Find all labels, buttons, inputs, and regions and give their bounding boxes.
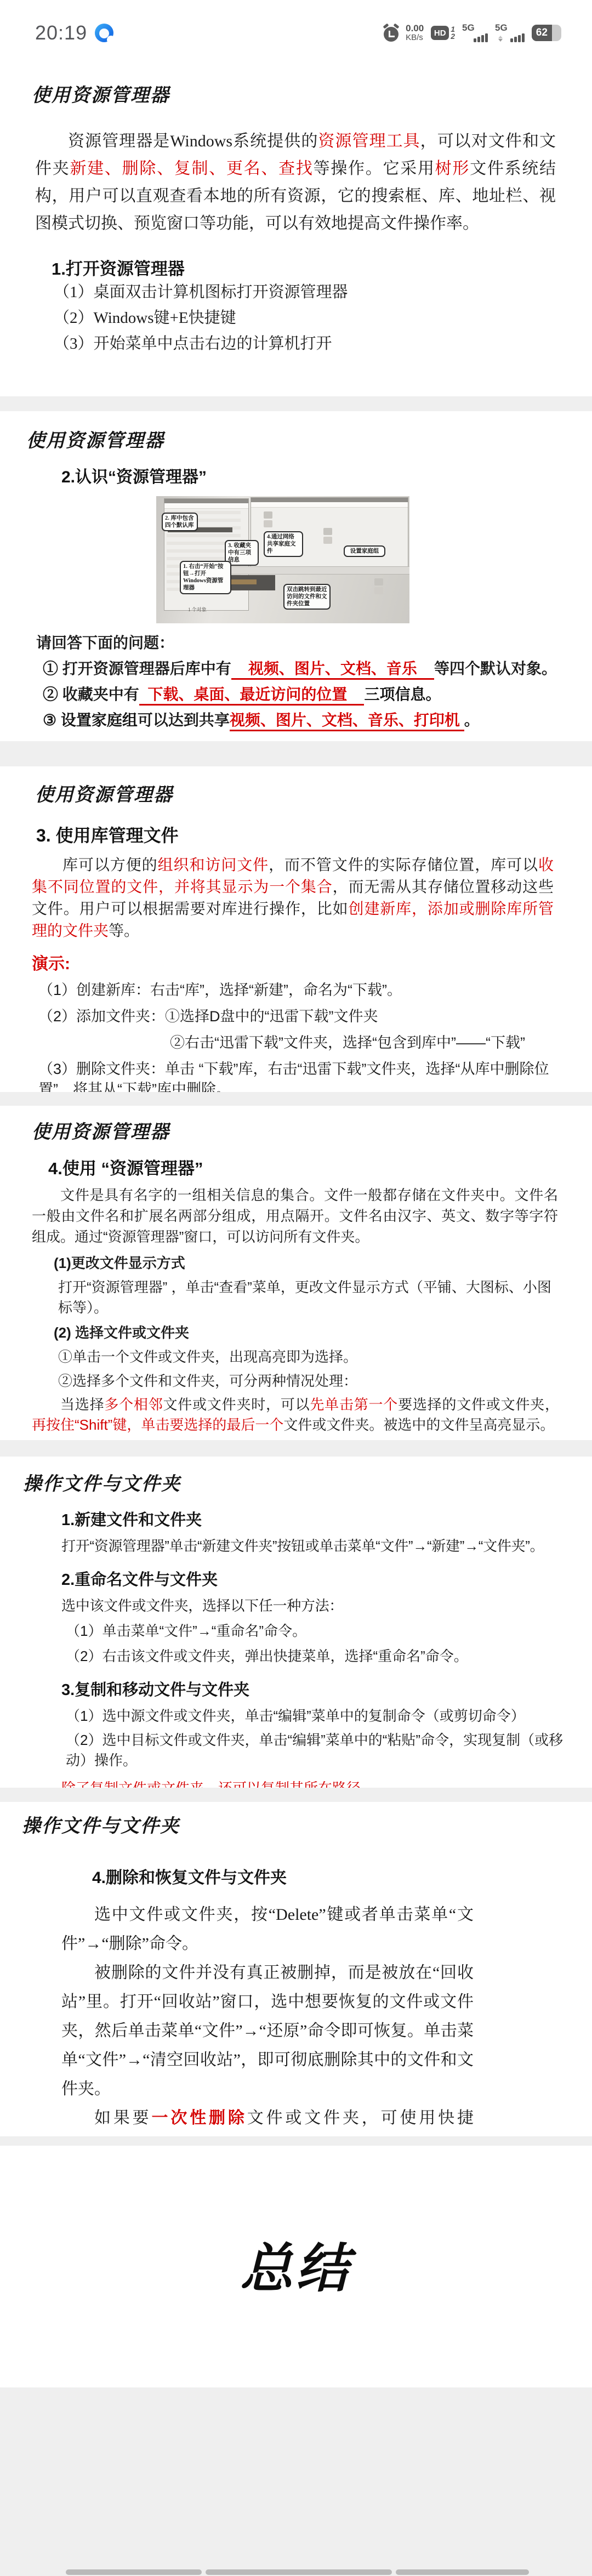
body-paragraph: 当选择多个相邻文件或文件夹时，可以先单击第一个要选择的文件或文件夹，再按住“Sh… <box>32 1395 559 1435</box>
file-icon-mock <box>323 528 332 535</box>
photo-callout: 1. 右击“开始”按钮→打开Windows资源管理器 <box>180 561 231 594</box>
text-segment: 当选择 <box>60 1396 104 1413</box>
section-heading: 2.重命名文件与文件夹 <box>61 1567 560 1590</box>
text-segment: 新建、删除、复制、更名、查找 <box>70 160 313 178</box>
slide-gap <box>0 2136 592 2146</box>
text-segment: 可以达到共享 <box>138 712 230 729</box>
status-bar-left: 20:19 <box>35 21 113 44</box>
battery-icon: 62 <box>532 25 561 41</box>
slide-using-explorer-files: 使用资源管理器 4.使用 “资源管理器” 文件是具有名字的一组相关信息的集合。文… <box>0 1106 592 1440</box>
signal-sim1-icon: 5G <box>462 22 488 43</box>
question-intro: 请回答下面的问题： <box>36 631 592 653</box>
body-paragraph: 选中文件或文件夹，按“Delete”键或者单击菜单“文件”→“删除”命令。 <box>61 1900 474 1958</box>
alarm-clock-icon <box>384 27 399 42</box>
sub-heading: (2) 选择文件或文件夹 <box>54 1322 559 1342</box>
text-segment: 资源管理器是Windows系统提供的 <box>68 132 318 150</box>
text-segment: 等操作。它采用 <box>314 160 435 178</box>
quark-browser-icon <box>95 24 113 42</box>
text-segment: 组织和访问文件 <box>158 857 269 874</box>
network-type-sim2: 5G <box>495 22 508 33</box>
text-segment: 先单击第一个 <box>310 1396 398 1413</box>
body-block: 选中文件或文件夹，按“Delete”键或者单击菜单“文件”→“删除”命令。 被删… <box>61 1900 474 2136</box>
sim-slot-labels: 1 2 <box>451 26 455 40</box>
text-segment: 三项信息。 <box>364 686 441 703</box>
text-segment: 树形 <box>435 160 470 178</box>
page-thumbnail-bar[interactable] <box>396 2569 529 2575</box>
slide-title: 使用资源管理器 <box>35 780 557 806</box>
list-item: （1）桌面双击计算机图标打开资源管理器 <box>54 280 557 305</box>
list-item: （2）Windows键+E快捷键 <box>54 305 557 331</box>
text-segment: ② 收藏夹中有 <box>43 686 139 703</box>
sim2-label: 2 <box>451 33 455 40</box>
slide-title: 操作文件与文件夹 <box>23 1469 560 1495</box>
photo-callout: 设置家庭组 <box>344 545 385 557</box>
question-line: ① 打开资源管理器后库中有 视频、图片、文档、音乐 等四个默认对象。 <box>43 659 592 679</box>
photo-statusbar-text: 1 个对象 <box>188 606 207 613</box>
signal-bars-icon <box>474 33 488 42</box>
text-segment: 视频、图片、文档、音乐、打印机 <box>230 712 464 731</box>
toolbar-band-mock <box>206 566 409 575</box>
hd-voice-indicator: HD 1 2 <box>431 26 455 40</box>
signal-sim2-icon: 5G <box>495 22 525 43</box>
section-heading: 1.打开资源管理器 <box>52 255 557 280</box>
slide-know-explorer: 使用资源管理器 2.认识“资源管理器” 2. 库中包含四个默认库 3. 收藏夹中… <box>0 411 592 741</box>
section-heading: 4.使用 “资源管理器” <box>48 1155 559 1179</box>
slide-gap <box>0 1788 592 1802</box>
slide-library-management: 使用资源管理器 3. 使用库管理文件 库可以方便的组织和访问文件，而不管文件的实… <box>0 766 592 1092</box>
status-bar: 20:19 0.00 KB/s HD 1 2 5G 5G <box>0 0 592 66</box>
list-item: （2）添加文件夹：①选择D盘中的“迅雷下载”文件夹 <box>38 1006 557 1027</box>
body-paragraph: 当选择多个不相邻的文件或文件夹时，可以先单击要选择的任意一个文件或文件夹，再按住… <box>32 1440 559 1440</box>
list-item: （1）创建新库：右击“库”，选择“新建”，命名为“下载”。 <box>38 980 557 1000</box>
slide-title: 使用资源管理器 <box>26 425 592 452</box>
text-segment: 多个相邻 <box>104 1396 163 1413</box>
body-line: ②选择多个文件和文件夹，可分两种情况处理： <box>58 1370 559 1390</box>
slide-title: 使用资源管理器 <box>32 1117 559 1144</box>
slide-using-explorer-intro: 使用资源管理器 资源管理器是Windows系统提供的资源管理工具，可以对文件和文… <box>0 66 592 396</box>
photo-callout: 2. 库中包含四个默认库 <box>162 513 198 531</box>
window-menubar-mock <box>251 502 408 508</box>
text-segment: 视频、图片、文档、音乐 <box>231 660 434 680</box>
network-speed-unit: KB/s <box>406 33 423 42</box>
slide-file-operations-2: 操作文件与文件夹 4.删除和恢复文件与文件夹 选中文件或文件夹，按“Delete… <box>0 1802 592 2136</box>
text-segment: 下载、桌面、最近访问的位置 <box>139 686 365 706</box>
battery-percent: 62 <box>532 25 552 41</box>
section-heading: 1.新建文件和文件夹 <box>61 1508 560 1530</box>
text-segment: 资源管理工具 <box>318 132 420 150</box>
section-heading: 4.删除和恢复文件与文件夹 <box>92 1864 592 1888</box>
text-segment: ，而不管文件的实际存储位置，库可以 <box>269 857 538 874</box>
body-paragraph: 库可以方便的组织和访问文件，而不管文件的实际存储位置，库可以收集不同位置的文件，… <box>32 855 554 942</box>
text-segment: 库可以方便的 <box>62 857 158 874</box>
list-item: （1）单击菜单“文件”→“重命名”命令。 <box>66 1620 560 1640</box>
hd-icon: HD <box>431 26 449 40</box>
photo-callout: 4.通过网络共享家庭文件 <box>264 531 303 557</box>
text-segment: ③ <box>43 712 61 729</box>
body-line: ①单击一个文件或文件夹，出现高亮即为选择。 <box>58 1346 559 1366</box>
body-line: 打开“资源管理器”单击“新建文件夹”按钮或单击菜单“文件”→“新建”→“文件夹”… <box>61 1535 560 1555</box>
file-icon-mock <box>264 511 272 519</box>
section-heading: 3. 使用库管理文件 <box>36 822 557 847</box>
photo-callout: 双击跳转到最近访问的文件和文件夹位置 <box>283 584 331 610</box>
list-item: （3）删除文件夹：单击 “下载”库，右击“迅雷下载”文件夹，选择“从库中删除位置… <box>38 1059 559 1092</box>
phone-screen: 20:19 0.00 KB/s HD 1 2 5G 5G <box>0 0 592 2576</box>
slide-title: 操作文件与文件夹 <box>22 1811 592 1838</box>
window-menubar-mock <box>164 503 248 509</box>
text-segment: 文件或文件夹时，可以 <box>163 1396 310 1413</box>
list-item: （3）开始菜单中点击右边的计算机打开 <box>54 331 557 357</box>
window-titlebar-mock <box>251 498 408 502</box>
status-bar-right: 0.00 KB/s HD 1 2 5G 5G 62 <box>384 22 561 43</box>
textbook-photo: 2. 库中包含四个默认库 3. 收藏夹中有三项信息 4.通过网络共享家庭文件 设… <box>156 496 409 623</box>
network-type-sim1: 5G <box>462 22 475 33</box>
body-line: 选中该文件或文件夹，选择以下任一种方法： <box>61 1595 560 1615</box>
body-paragraph: 如果要一次性删除文件或文件夹，可使用快捷键“Shift+Delete”。 <box>61 2103 474 2136</box>
section-heading: 2.认识“资源管理器” <box>61 463 592 487</box>
text-segment: 设置家庭组 <box>61 712 138 729</box>
demo-label: 演示: <box>32 950 557 974</box>
viewer-footer <box>0 2387 592 2576</box>
list-item: （1）选中源文件或文件夹，单击“编辑”菜单中的复制命令（或剪切命令） <box>66 1705 560 1725</box>
network-speed-indicator: 0.00 KB/s <box>406 24 424 42</box>
clock-time: 20:19 <box>35 21 87 44</box>
slide-gap <box>0 1092 592 1106</box>
window-titlebar-mock <box>164 499 248 503</box>
slide-file-operations-1: 操作文件与文件夹 1.新建文件和文件夹 打开“资源管理器”单击“新建文件夹”按钮… <box>0 1457 592 1788</box>
slide-summary: 总结 <box>0 2146 592 2387</box>
file-icon-mock <box>374 578 383 585</box>
question-line: ③ 设置家庭组可以达到共享视频、图片、文档、音乐、打印机 。 <box>43 710 592 730</box>
section-heading: 3.复制和移动文件与文件夹 <box>61 1677 560 1700</box>
body-paragraph: 被删除的文件并没有真正被删掉，而是被放在“回收站”里。打开“回收站”窗口，选中想… <box>61 1958 474 2103</box>
slide-gap <box>0 396 592 411</box>
slide-title: 使用资源管理器 <box>32 80 557 107</box>
text-segment: 再按住“Shift”键，单击要选择的最后一个 <box>32 1417 283 1433</box>
question-line: ② 收藏夹中有 下载、桌面、最近访问的位置 三项信息。 <box>43 685 592 704</box>
text-segment: 文件或文件夹。被选中的文件呈高亮显示。 <box>283 1417 554 1433</box>
page-thumbnail-bar[interactable] <box>66 2569 202 2575</box>
list-item: （2）选中目标文件或文件夹，单击“编辑”菜单中的“粘贴”命令，实现复制（或移动）… <box>66 1730 570 1771</box>
sub-heading: (1)更改文件显示方式 <box>54 1252 559 1272</box>
list-item: ②右击“迅雷下载”文件夹，选择“包含到库中”——“下载” <box>170 1033 557 1053</box>
body-paragraph: 文件是具有名字的一组相关信息的集合。文件一般都存储在文件夹中。文件名一般由文件名… <box>32 1185 558 1247</box>
red-note: 除了复制文件或文件夹，还可以复制其所在路径。 <box>61 1777 560 1788</box>
data-updown-arrows-icon <box>498 36 503 42</box>
page-thumbnail-bar[interactable] <box>206 2569 392 2575</box>
body-paragraph: 资源管理器是Windows系统提供的资源管理工具，可以对文件和文件夹新建、删除、… <box>35 128 556 237</box>
signal-bars-icon <box>510 33 525 42</box>
body-line: 打开“资源管理器” ，单击“查看”菜单，更改文件显示方式（平铺、大图标、小图标等… <box>58 1276 559 1317</box>
text-segment: 要选择的文件或文件夹， <box>398 1396 559 1413</box>
text-segment: ① 打开资源管理器后库中有 <box>43 660 231 677</box>
text-segment: 如果要 <box>94 2109 152 2127</box>
summary-title: 总结 <box>0 2146 592 2302</box>
text-segment: 等四个默认对象。 <box>434 660 557 677</box>
network-speed-value: 0.00 <box>406 24 424 33</box>
slide-gap <box>0 741 592 766</box>
text-segment: 等。 <box>109 923 139 940</box>
text-segment: 一次性删除 <box>152 2109 247 2127</box>
list-item: （2）右击该文件或文件夹，弹出快捷菜单，选择“重命名”命令。 <box>66 1645 560 1665</box>
slide-gap <box>0 1440 592 1457</box>
text-segment: 。 <box>464 712 480 729</box>
